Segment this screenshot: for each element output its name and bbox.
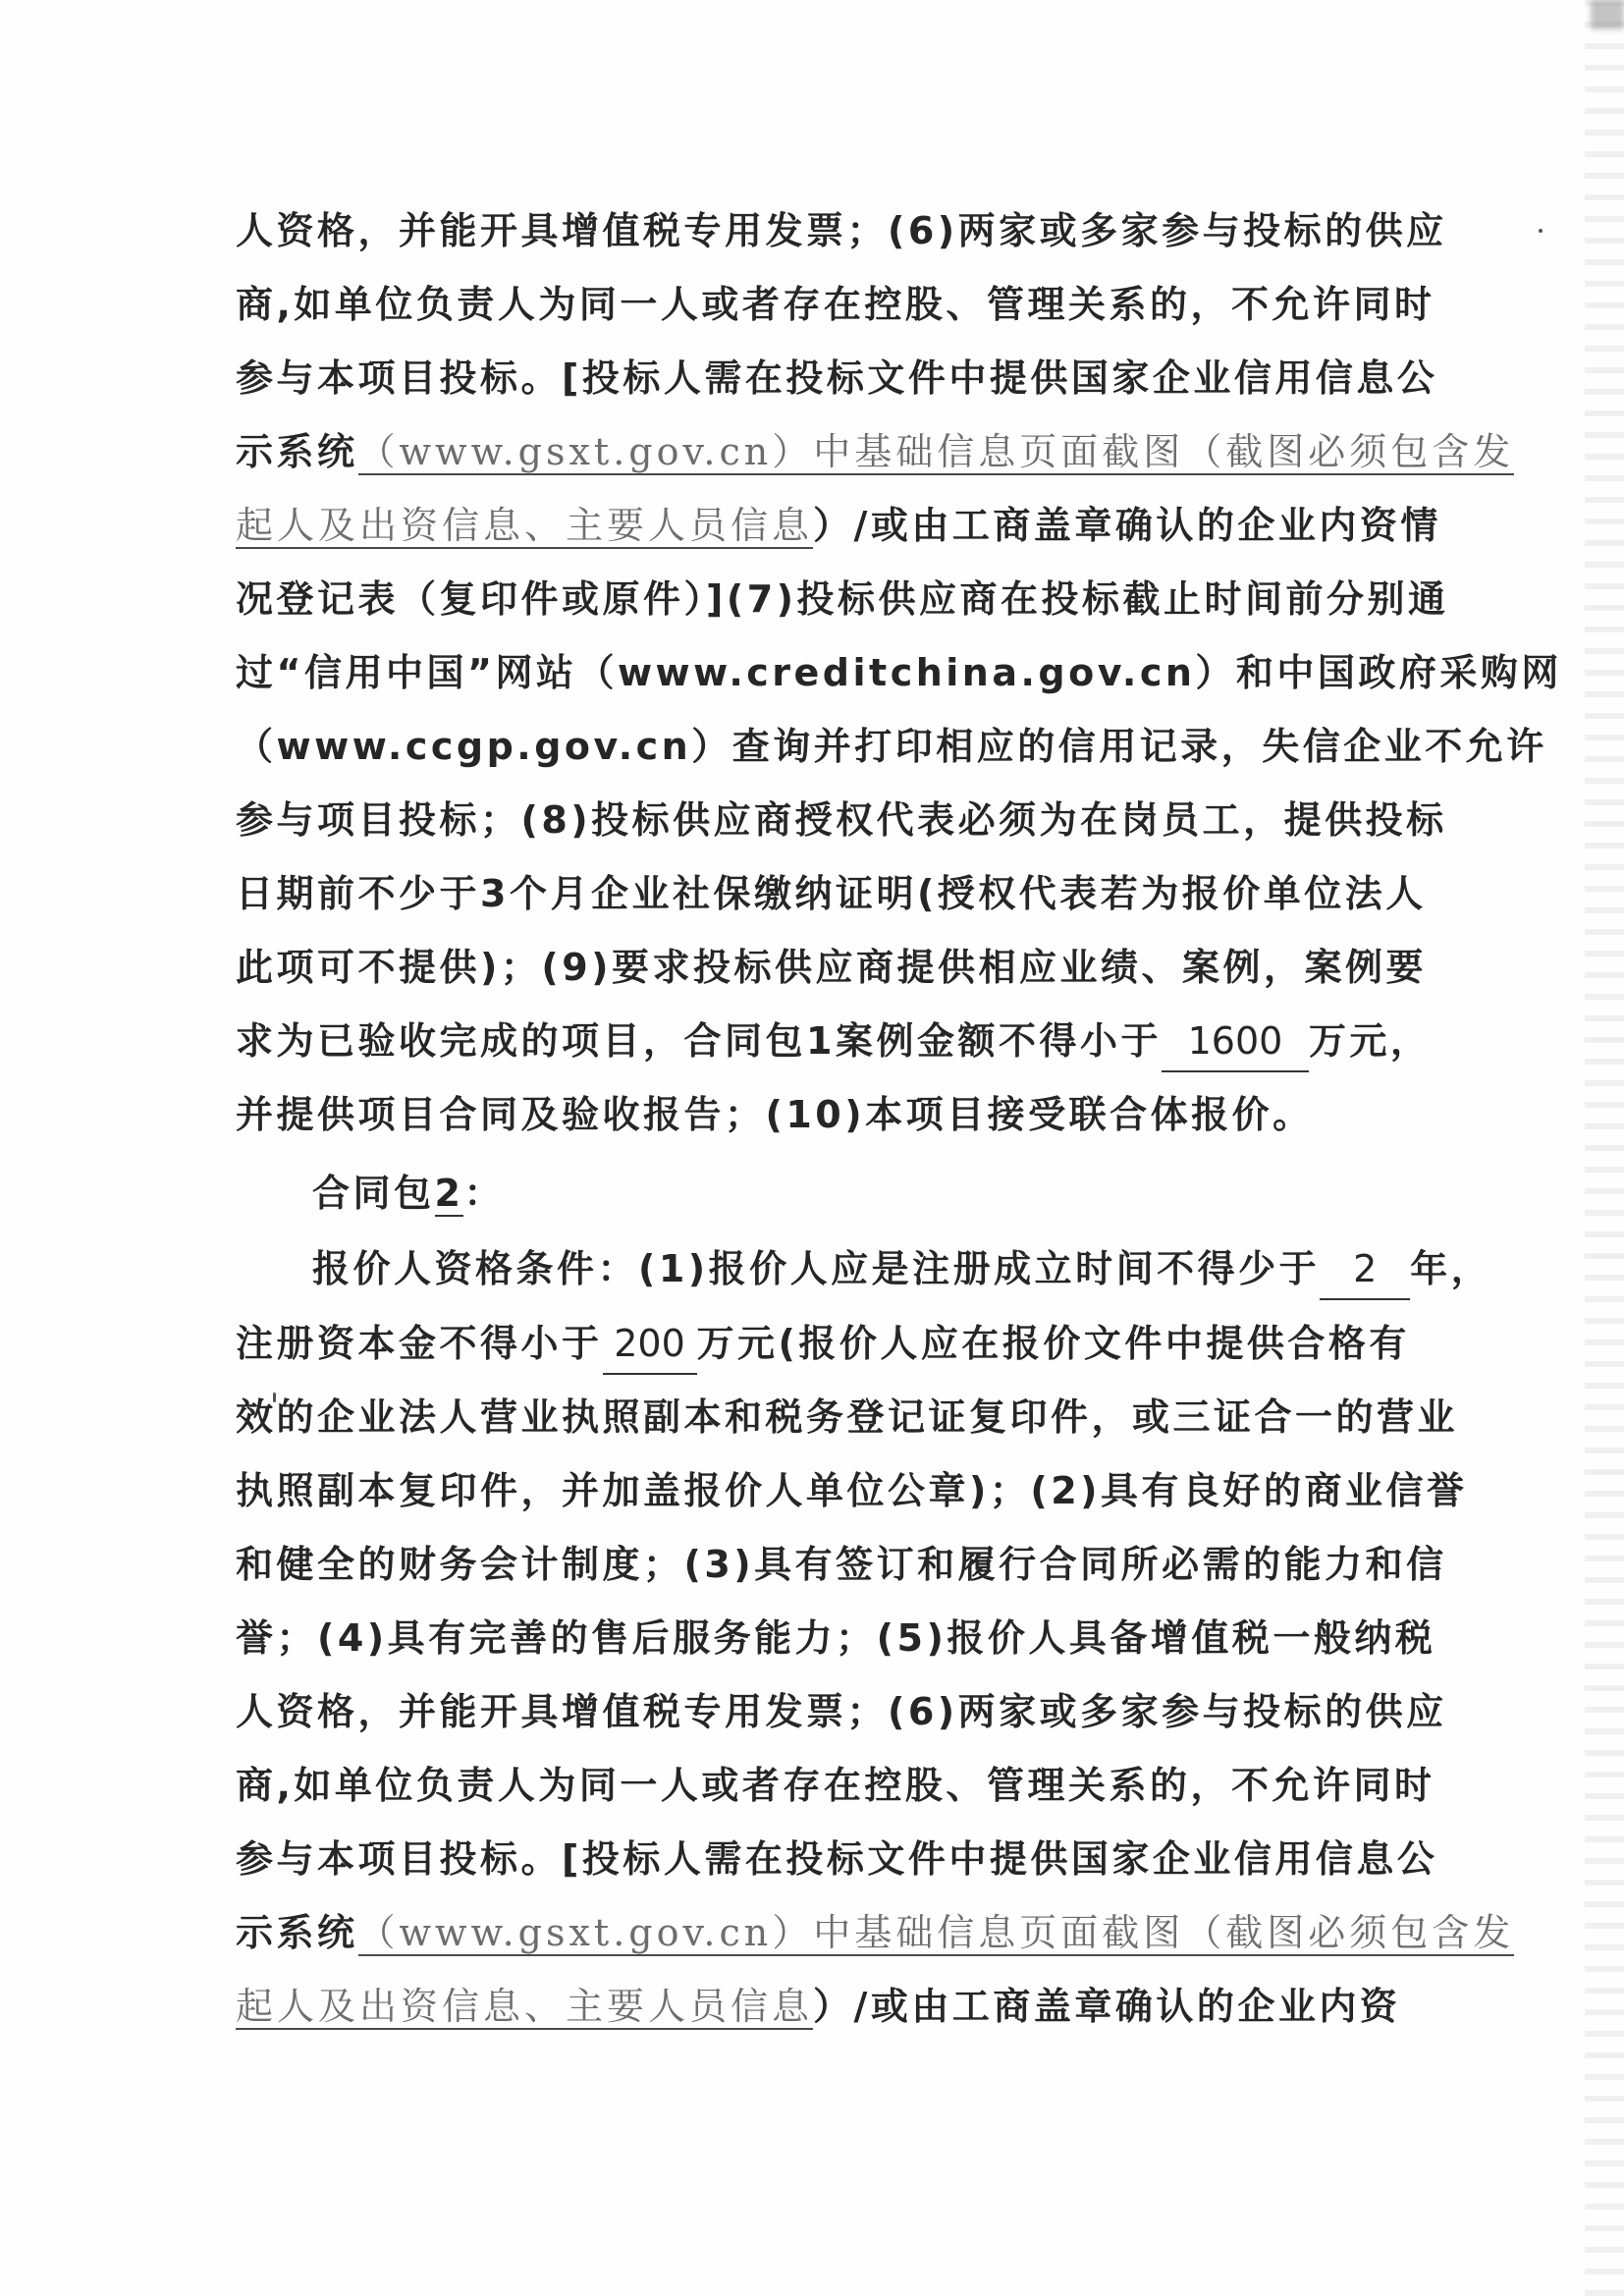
- line-text: 合同包: [312, 1172, 435, 1215]
- line-text: 注册资本金不得小于: [236, 1322, 603, 1365]
- doc-line: 示系统（www.gsxt.gov.cn）中基础信息页面截图（截图必须包含发: [236, 1903, 1375, 1962]
- line-text: 参与本项目投标。[投标人需在投标文件中提供国家企业信用信息公: [236, 356, 1437, 400]
- line-text: 年，: [1410, 1247, 1491, 1290]
- line-text: 参与项目投标；(8)投标供应商授权代表必须为在岗员工，提供投标: [236, 798, 1447, 842]
- fill-blank-min-capital: 200: [603, 1314, 697, 1375]
- line-text: 示系统: [236, 1911, 358, 1954]
- line-text: 效的企业法人营业执照副本和税务登记证复印件，或三证合一的营业: [236, 1395, 1458, 1439]
- line-text: 日期前不少于3个月企业社保缴纳证明(授权代表若为报价单位法人: [236, 872, 1427, 915]
- package-number: 2: [435, 1172, 464, 1217]
- doc-line: 注册资本金不得小于200万元(报价人应在报价文件中提供合格有: [236, 1314, 1375, 1373]
- scan-speck: [1539, 229, 1543, 233]
- doc-line: 商,如单位负责人为同一人或者存在控股、管理关系的，不允许同时: [236, 1756, 1375, 1815]
- doc-line: 誉；(4)具有完善的售后服务能力；(5)报价人具备增值税一般纳税: [236, 1609, 1375, 1667]
- doc-line: 报价人资格条件：(1)报价人应是注册成立时间不得少于2年，: [312, 1239, 1375, 1298]
- inserted-underlined-text: 起人及出资信息、主要人员信息: [236, 1985, 813, 2030]
- line-text: 并提供项目合同及验收报告；(10)本项目接受联合体报价。: [236, 1093, 1314, 1136]
- doc-line: 执照副本复印件，并加盖报价人单位公章)；(2)具有良好的商业信誉: [236, 1461, 1375, 1520]
- line-text: ）/或由工商盖章确认的企业内资: [813, 1985, 1400, 2028]
- line-text: 此项可不提供)；(9)要求投标供应商提供相应业绩、案例，案例要: [236, 946, 1427, 989]
- line-text: 商,如单位负责人为同一人或者存在控股、管理关系的，不允许同时: [236, 1764, 1435, 1807]
- doc-line: 商,如单位负责人为同一人或者存在控股、管理关系的，不允许同时: [236, 275, 1375, 334]
- line-text: 况登记表（复印件或原件）](7)投标供应商在投标截止时间前分别通: [236, 577, 1449, 621]
- doc-line: （www.ccgp.gov.cn）查询并打印相应的信用记录，失信企业不允许: [236, 717, 1375, 776]
- line-text: 过“信用中国”网站（www.creditchina.gov.cn）和中国政府采购…: [236, 651, 1562, 694]
- line-text: 人资格，并能开具增值税专用发票；(6)两家或多家参与投标的供应: [236, 1690, 1447, 1733]
- line-text: 誉；(4)具有完善的售后服务能力；(5)报价人具备增值税一般纳税: [236, 1616, 1435, 1660]
- line-text: 执照副本复印件，并加盖报价人单位公章)；(2)具有良好的商业信誉: [236, 1469, 1468, 1512]
- doc-line: 效的企业法人营业执照副本和税务登记证复印件，或三证合一的营业: [236, 1388, 1375, 1447]
- line-text: 参与本项目投标。[投标人需在投标文件中提供国家企业信用信息公: [236, 1837, 1437, 1881]
- doc-line: 日期前不少于3个月企业社保缴纳证明(授权代表若为报价单位法人: [236, 864, 1375, 923]
- line-text: （www.ccgp.gov.cn）查询并打印相应的信用记录，失信企业不允许: [236, 725, 1547, 768]
- fill-blank-case-amount: 1600: [1162, 1011, 1309, 1072]
- inserted-underlined-text: 起人及出资信息、主要人员信息: [236, 504, 813, 549]
- doc-line: 人资格，并能开具增值税专用发票；(6)两家或多家参与投标的供应: [236, 1682, 1375, 1741]
- doc-line: 和健全的财务会计制度；(3)具有签订和履行合同所必需的能力和信: [236, 1535, 1375, 1594]
- doc-line: 人资格，并能开具增值税专用发票；(6)两家或多家参与投标的供应: [236, 201, 1375, 260]
- scanner-corner-shadow: [1591, 0, 1624, 29]
- line-text: 人资格，并能开具增值税专用发票；(6)两家或多家参与投标的供应: [236, 209, 1447, 252]
- doc-line: 参与项目投标；(8)投标供应商授权代表必须为在岗员工，提供投标: [236, 791, 1375, 849]
- doc-line: 参与本项目投标。[投标人需在投标文件中提供国家企业信用信息公: [236, 1830, 1375, 1888]
- line-text: ）/或由工商盖章确认的企业内资情: [813, 504, 1441, 547]
- scanner-edge-artifact: [1585, 0, 1624, 2296]
- doc-line: 况登记表（复印件或原件）](7)投标供应商在投标截止时间前分别通: [236, 570, 1375, 629]
- line-text: 报价人资格条件：(1)报价人应是注册成立时间不得少于: [312, 1247, 1320, 1290]
- section-heading: 合同包2：: [312, 1164, 1375, 1223]
- doc-line: 起人及出资信息、主要人员信息）/或由工商盖章确认的企业内资: [236, 1977, 1375, 2036]
- line-text: ：: [463, 1172, 505, 1215]
- doc-line: 过“信用中国”网站（www.creditchina.gov.cn）和中国政府采购…: [236, 643, 1375, 702]
- inserted-underlined-text: （www.gsxt.gov.cn）中基础信息页面截图（截图必须包含发: [358, 1911, 1515, 1956]
- line-text: 商,如单位负责人为同一人或者存在控股、管理关系的，不允许同时: [236, 283, 1435, 326]
- line-text: 万元，: [1309, 1019, 1432, 1063]
- line-text: 万元(报价人应在报价文件中提供合格有: [697, 1322, 1410, 1365]
- doc-line: 求为已验收完成的项目，合同包1案例金额不得小于1600万元，: [236, 1011, 1375, 1070]
- doc-line: 此项可不提供)；(9)要求投标供应商提供相应业绩、案例，案例要: [236, 938, 1375, 997]
- doc-line: 示系统（www.gsxt.gov.cn）中基础信息页面截图（截图必须包含发: [236, 422, 1375, 481]
- doc-line: 并提供项目合同及验收报告；(10)本项目接受联合体报价。: [236, 1085, 1375, 1144]
- doc-line: 参与本项目投标。[投标人需在投标文件中提供国家企业信用信息公: [236, 349, 1375, 408]
- doc-line: 起人及出资信息、主要人员信息）/或由工商盖章确认的企业内资情: [236, 496, 1375, 555]
- scanned-document-page: 人资格，并能开具增值税专用发票；(6)两家或多家参与投标的供应 商,如单位负责人…: [0, 0, 1624, 2296]
- inserted-underlined-text: （www.gsxt.gov.cn）中基础信息页面截图（截图必须包含发: [358, 430, 1515, 475]
- line-text: 求为已验收完成的项目，合同包1案例金额不得小于: [236, 1019, 1162, 1063]
- line-text: 和健全的财务会计制度；(3)具有签订和履行合同所必需的能力和信: [236, 1543, 1447, 1586]
- line-text: 示系统: [236, 430, 358, 473]
- fill-blank-min-years: 2: [1320, 1239, 1410, 1300]
